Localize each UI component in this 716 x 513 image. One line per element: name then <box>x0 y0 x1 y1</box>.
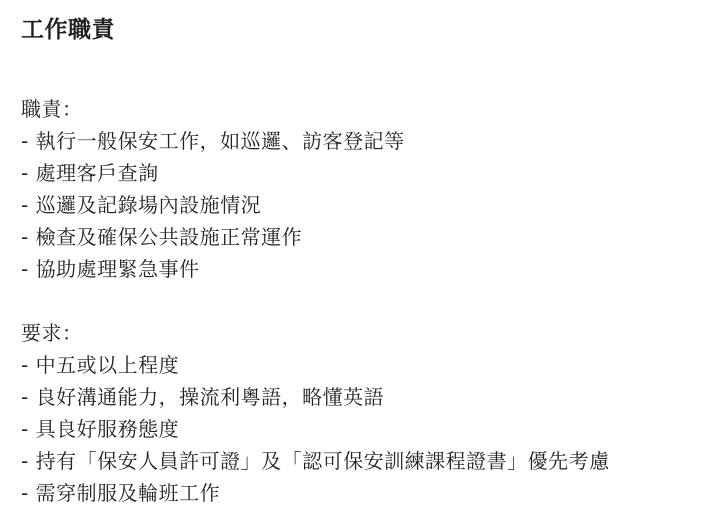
requirement-item: - 持有「保安人員許可證」及「認可保安訓練課程證書」優先考慮 <box>21 445 716 477</box>
duty-item: - 處理客戶查詢 <box>21 157 716 189</box>
page-title: 工作職責 <box>21 14 716 46</box>
duty-item: - 檢查及確保公共設施正常運作 <box>21 221 716 253</box>
requirements-section: 要求： - 中五或以上程度 - 良好溝通能力，操流利粵語，略懂英語 - 具良好服… <box>21 317 716 509</box>
duty-item: - 巡邏及記錄場內設施情況 <box>21 189 716 221</box>
job-description: 工作職責 職責： - 執行一般保安工作，如巡邏、訪客登記等 - 處理客戶查詢 -… <box>0 0 716 509</box>
duties-section: 職責： - 執行一般保安工作，如巡邏、訪客登記等 - 處理客戶查詢 - 巡邏及記… <box>21 93 716 285</box>
requirement-item: - 良好溝通能力，操流利粵語，略懂英語 <box>21 381 716 413</box>
duty-item: - 協助處理緊急事件 <box>21 253 716 285</box>
requirement-item: - 需穿制服及輪班工作 <box>21 477 716 509</box>
duty-item: - 執行一般保安工作，如巡邏、訪客登記等 <box>21 125 716 157</box>
duties-heading: 職責： <box>21 93 716 125</box>
requirement-item: - 中五或以上程度 <box>21 349 716 381</box>
requirements-heading: 要求： <box>21 317 716 349</box>
requirement-item: - 具良好服務態度 <box>21 413 716 445</box>
